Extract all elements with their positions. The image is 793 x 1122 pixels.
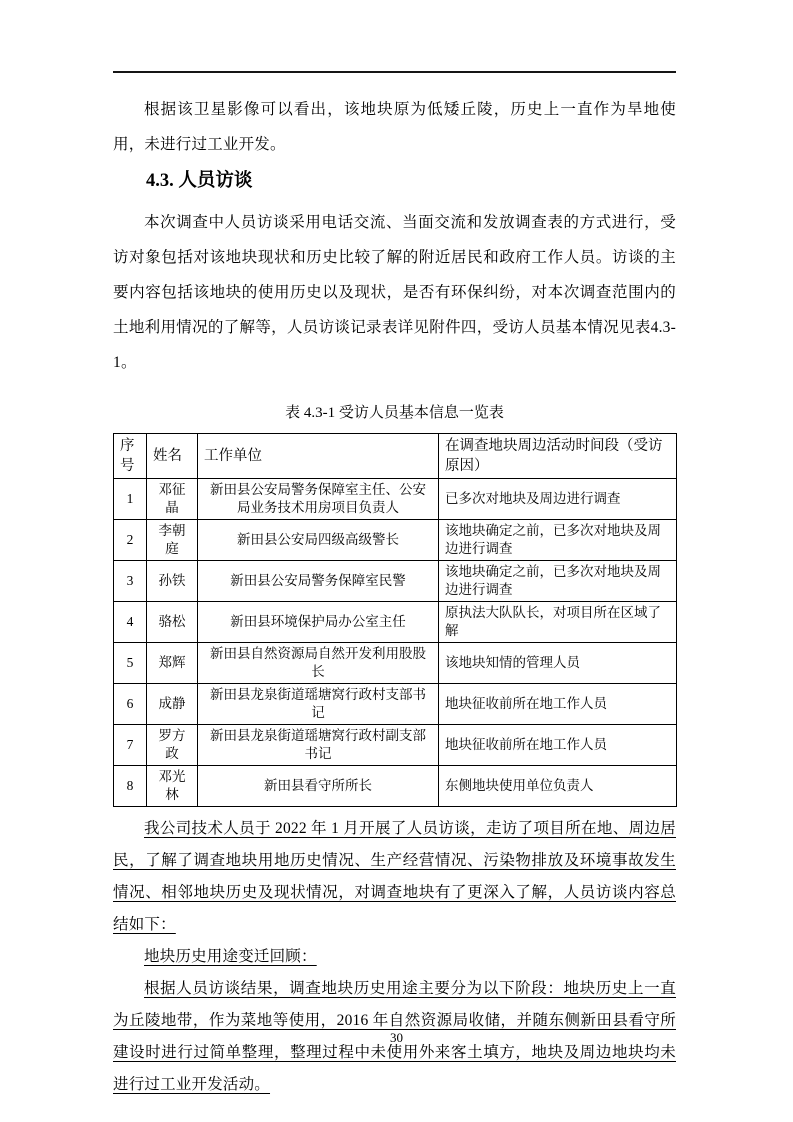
cell-reason: 地块征收前所在地工作人员	[439, 684, 677, 725]
cell-reason: 该地块确定之前，已多次对地块及周边进行调查	[439, 520, 677, 561]
table-header: 序号姓名工作单位在调查地块周边活动时间段（受访原因）	[114, 434, 677, 479]
cell-org: 新田县看守所所长	[198, 766, 439, 807]
cell-reason: 原执法大队队长，对项目所在区域了解	[439, 602, 677, 643]
cell-reason: 该地块确定之前，已多次对地块及周边进行调查	[439, 561, 677, 602]
cell-name: 骆松	[147, 602, 198, 643]
cell-name: 李朝庭	[147, 520, 198, 561]
cell-seq: 8	[114, 766, 147, 807]
cell-name: 成静	[147, 684, 198, 725]
table-row: 4骆松新田县环境保护局办公室主任原执法大队队长，对项目所在区域了解	[114, 602, 677, 643]
cell-reason: 东侧地块使用单位负责人	[439, 766, 677, 807]
cell-reason: 该地块知情的管理人员	[439, 643, 677, 684]
cell-org: 新田县公安局警务保障室主任、公安局业务技术用房项目负责人	[198, 479, 439, 520]
table-row: 8邓光林新田县看守所所长东侧地块使用单位负责人	[114, 766, 677, 807]
cell-org: 新田县公安局警务保障室民警	[198, 561, 439, 602]
table-row: 1邓征晶新田县公安局警务保障室主任、公安局业务技术用房项目负责人已多次对地块及周…	[114, 479, 677, 520]
cell-seq: 1	[114, 479, 147, 520]
cell-seq: 7	[114, 725, 147, 766]
paragraph-survey-method: 本次调查中人员访谈采用电话交流、当面交流和发放调查表的方式进行，受访对象包括对该…	[113, 205, 676, 380]
table-body: 1邓征晶新田县公安局警务保障室主任、公安局业务技术用房项目负责人已多次对地块及周…	[114, 479, 677, 807]
cell-org: 新田县自然资源局自然开发利用股股长	[198, 643, 439, 684]
cell-name: 郑辉	[147, 643, 198, 684]
interviewee-table: 序号姓名工作单位在调查地块周边活动时间段（受访原因） 1邓征晶新田县公安局警务保…	[113, 433, 677, 807]
cell-seq: 6	[114, 684, 147, 725]
header-cell-seq: 序号	[114, 434, 147, 479]
cell-name: 孙铁	[147, 561, 198, 602]
header-cell-name: 姓名	[147, 434, 198, 479]
cell-seq: 3	[114, 561, 147, 602]
cell-org: 新田县龙泉街道瑶塘窝行政村副支部书记	[198, 725, 439, 766]
page-number: 30	[0, 1030, 793, 1046]
table-row: 5郑辉新田县自然资源局自然开发利用股股长该地块知情的管理人员	[114, 643, 677, 684]
table-title: 表 4.3-1 受访人员基本信息一览表	[113, 402, 676, 424]
table-row: 3孙铁新田县公安局警务保障室民警该地块确定之前，已多次对地块及周边进行调查	[114, 561, 677, 602]
cell-name: 邓征晶	[147, 479, 198, 520]
cell-seq: 4	[114, 602, 147, 643]
table-row: 6成静新田县龙泉街道瑶塘窝行政村支部书记地块征收前所在地工作人员	[114, 684, 677, 725]
cell-name: 罗方政	[147, 725, 198, 766]
section-heading: 4.3. 人员访谈	[146, 167, 676, 196]
page-content: 根据该卫星影像可以看出，该地块原为低矮丘陵，历史上一直作为旱地使用，未进行过工业…	[113, 71, 676, 1101]
document-page: 根据该卫星影像可以看出，该地块原为低矮丘陵，历史上一直作为旱地使用，未进行过工业…	[0, 0, 793, 1122]
cell-org: 新田县公安局四级高级警长	[198, 520, 439, 561]
paragraph-interview-summary: 我公司技术人员于 2022 年 1 月开展了人员访谈，走访了项目所在地、周边居民…	[113, 813, 676, 941]
cell-org: 新田县龙泉街道瑶塘窝行政村支部书记	[198, 684, 439, 725]
header-cell-reason: 在调查地块周边活动时间段（受访原因）	[439, 434, 677, 479]
cell-org: 新田县环境保护局办公室主任	[198, 602, 439, 643]
table-row: 2李朝庭新田县公安局四级高级警长该地块确定之前，已多次对地块及周边进行调查	[114, 520, 677, 561]
paragraph-history-heading: 地块历史用途变迁回顾：	[113, 941, 676, 973]
paragraph-satellite-conclusion: 根据该卫星影像可以看出，该地块原为低矮丘陵，历史上一直作为旱地使用，未进行过工业…	[113, 92, 676, 162]
cell-seq: 5	[114, 643, 147, 684]
cell-reason: 地块征收前所在地工作人员	[439, 725, 677, 766]
cell-reason: 已多次对地块及周边进行调查	[439, 479, 677, 520]
table-row: 7罗方政新田县龙泉街道瑶塘窝行政村副支部书记地块征收前所在地工作人员	[114, 725, 677, 766]
cell-name: 邓光林	[147, 766, 198, 807]
header-cell-org: 工作单位	[198, 434, 439, 479]
table-header-row: 序号姓名工作单位在调查地块周边活动时间段（受访原因）	[114, 434, 677, 479]
cell-seq: 2	[114, 520, 147, 561]
